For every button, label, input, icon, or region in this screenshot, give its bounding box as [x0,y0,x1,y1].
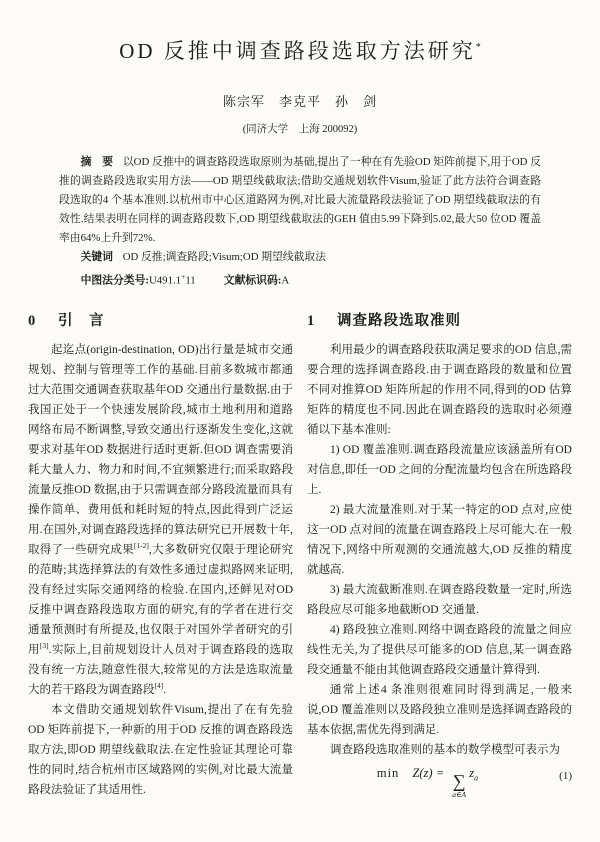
equation-number: (1) [559,771,572,782]
summation-limits: a∈A [452,791,466,799]
intro-p1-text-a: 起迄点(origin-destination, OD)出行量是城市交通规划、控制… [28,344,293,556]
criteria-item-3: 3) 最大流截断准则.在调查路段数量一定时,所选路段应尽可能多地截断OD 交通量… [307,580,572,620]
criteria-item-1: 1) OD 覆盖准则.调查路段流量应该涵盖所有OD 对信息,即任一OD 之间的分… [307,440,572,500]
left-column: 0引 言 起迄点(origin-destination, OD)出行量是城市交通… [28,307,293,800]
equation-lhs: Z(z) = [412,766,444,780]
term-subscript: a [474,774,478,783]
two-column-body: 0引 言 起迄点(origin-destination, OD)出行量是城市交通… [28,307,572,800]
intro-paragraph-2: 本文借助交通规划软件Visum,提出了在有先验OD 矩阵前提下,一种新的用于OD… [28,700,293,800]
affiliation-line: (同济大学 上海 200092) [28,121,572,136]
intro-paragraph-1: 起迄点(origin-destination, OD)出行量是城市交通规划、控制… [28,340,293,700]
section-1-number: 1 [307,313,315,329]
doc-code-label: 文献标识码: [224,275,282,287]
criteria-paragraph-1: 利用最少的调查路段获取满足要求的OD 信息,需要合理的选择调查路段.由于调查路段… [307,340,572,440]
citation-4: [4] [155,681,164,690]
clc-label: 中图法分类号: [81,275,149,287]
section-1-heading: 1调查路段选取准则 [307,313,572,330]
citation-1-2: [1-2] [134,541,149,550]
doc-code-value: A [281,275,289,287]
intro-p1-text-d: . [163,684,166,696]
abstract-label: 摘 要 [81,156,114,168]
criteria-item-4: 4) 路段独立准则.网络中调查路段的流量之间应线性无关,为了提供尽可能多的OD … [307,620,572,680]
right-column: 1调查路段选取准则 利用最少的调查路段获取满足要求的OD 信息,需要合理的选择调… [307,307,572,800]
citation-3: [3] [40,641,49,650]
section-0-number: 0 [28,313,36,329]
criteria-paragraph-3: 调查路段选取准则的基本的数学模型可表示为 [307,740,572,760]
section-0-title: 引 言 [58,313,105,329]
section-1-title: 调查路段选取准则 [337,313,461,329]
keywords-text: OD 反推;调查路段;Visum;OD 期望线截取法 [123,251,326,263]
equation-1: min Z(z) = ∑a∈A za (1) [307,767,572,799]
keywords-label: 关键词 [81,251,113,263]
title-footnote-mark: * [476,42,481,53]
summation-symbol: ∑a∈A [452,772,466,799]
sigma-glyph: ∑ [453,772,466,790]
intro-p1-text-b: ,大多数研究仅限于理论研究的范畴;其选择算法的有效性多通过虚拟路网来证明,没有经… [28,544,293,656]
abstract-block: 摘 要以OD 反推中的调查路段选取原则为基础,提出了一种在有先验OD 矩阵前提下… [59,153,541,291]
abstract-text: 以OD 反推中的调查路段选取原则为基础,提出了一种在有先验OD 矩阵前提下,用于… [59,156,541,244]
paper-title: OD 反推中调查路段选取方法研究* [28,38,572,65]
clc-value: U491.1 [149,275,181,287]
classification-line: 中图法分类号:U491.1+11文献标识码:A [59,267,541,291]
equation-term: za [469,766,478,780]
criteria-item-2: 2) 最大流量准则.对于某一特定的OD 点对,应使这一OD 点对间的流量在调查路… [307,500,572,580]
clc-tail: 11 [185,275,195,287]
abstract-paragraph: 摘 要以OD 反推中的调查路段选取原则为基础,提出了一种在有先验OD 矩阵前提下… [59,153,541,248]
keywords-line: 关键词OD 反推;调查路段;Visum;OD 期望线截取法 [59,248,541,267]
equation-min-operator: min [377,766,399,780]
paper-title-text: OD 反推中调查路段选取方法研究 [119,39,476,63]
paper-page: OD 反推中调查路段选取方法研究* 陈宗军 李克平 孙 剑 (同济大学 上海 2… [0,0,600,842]
section-0-heading: 0引 言 [28,313,293,330]
authors-line: 陈宗军 李克平 孙 剑 [28,91,572,110]
criteria-paragraph-2: 通常上述4 条准则很难同时得到满足,一般来说,OD 覆盖准则以及路段独立准则是选… [307,680,572,740]
